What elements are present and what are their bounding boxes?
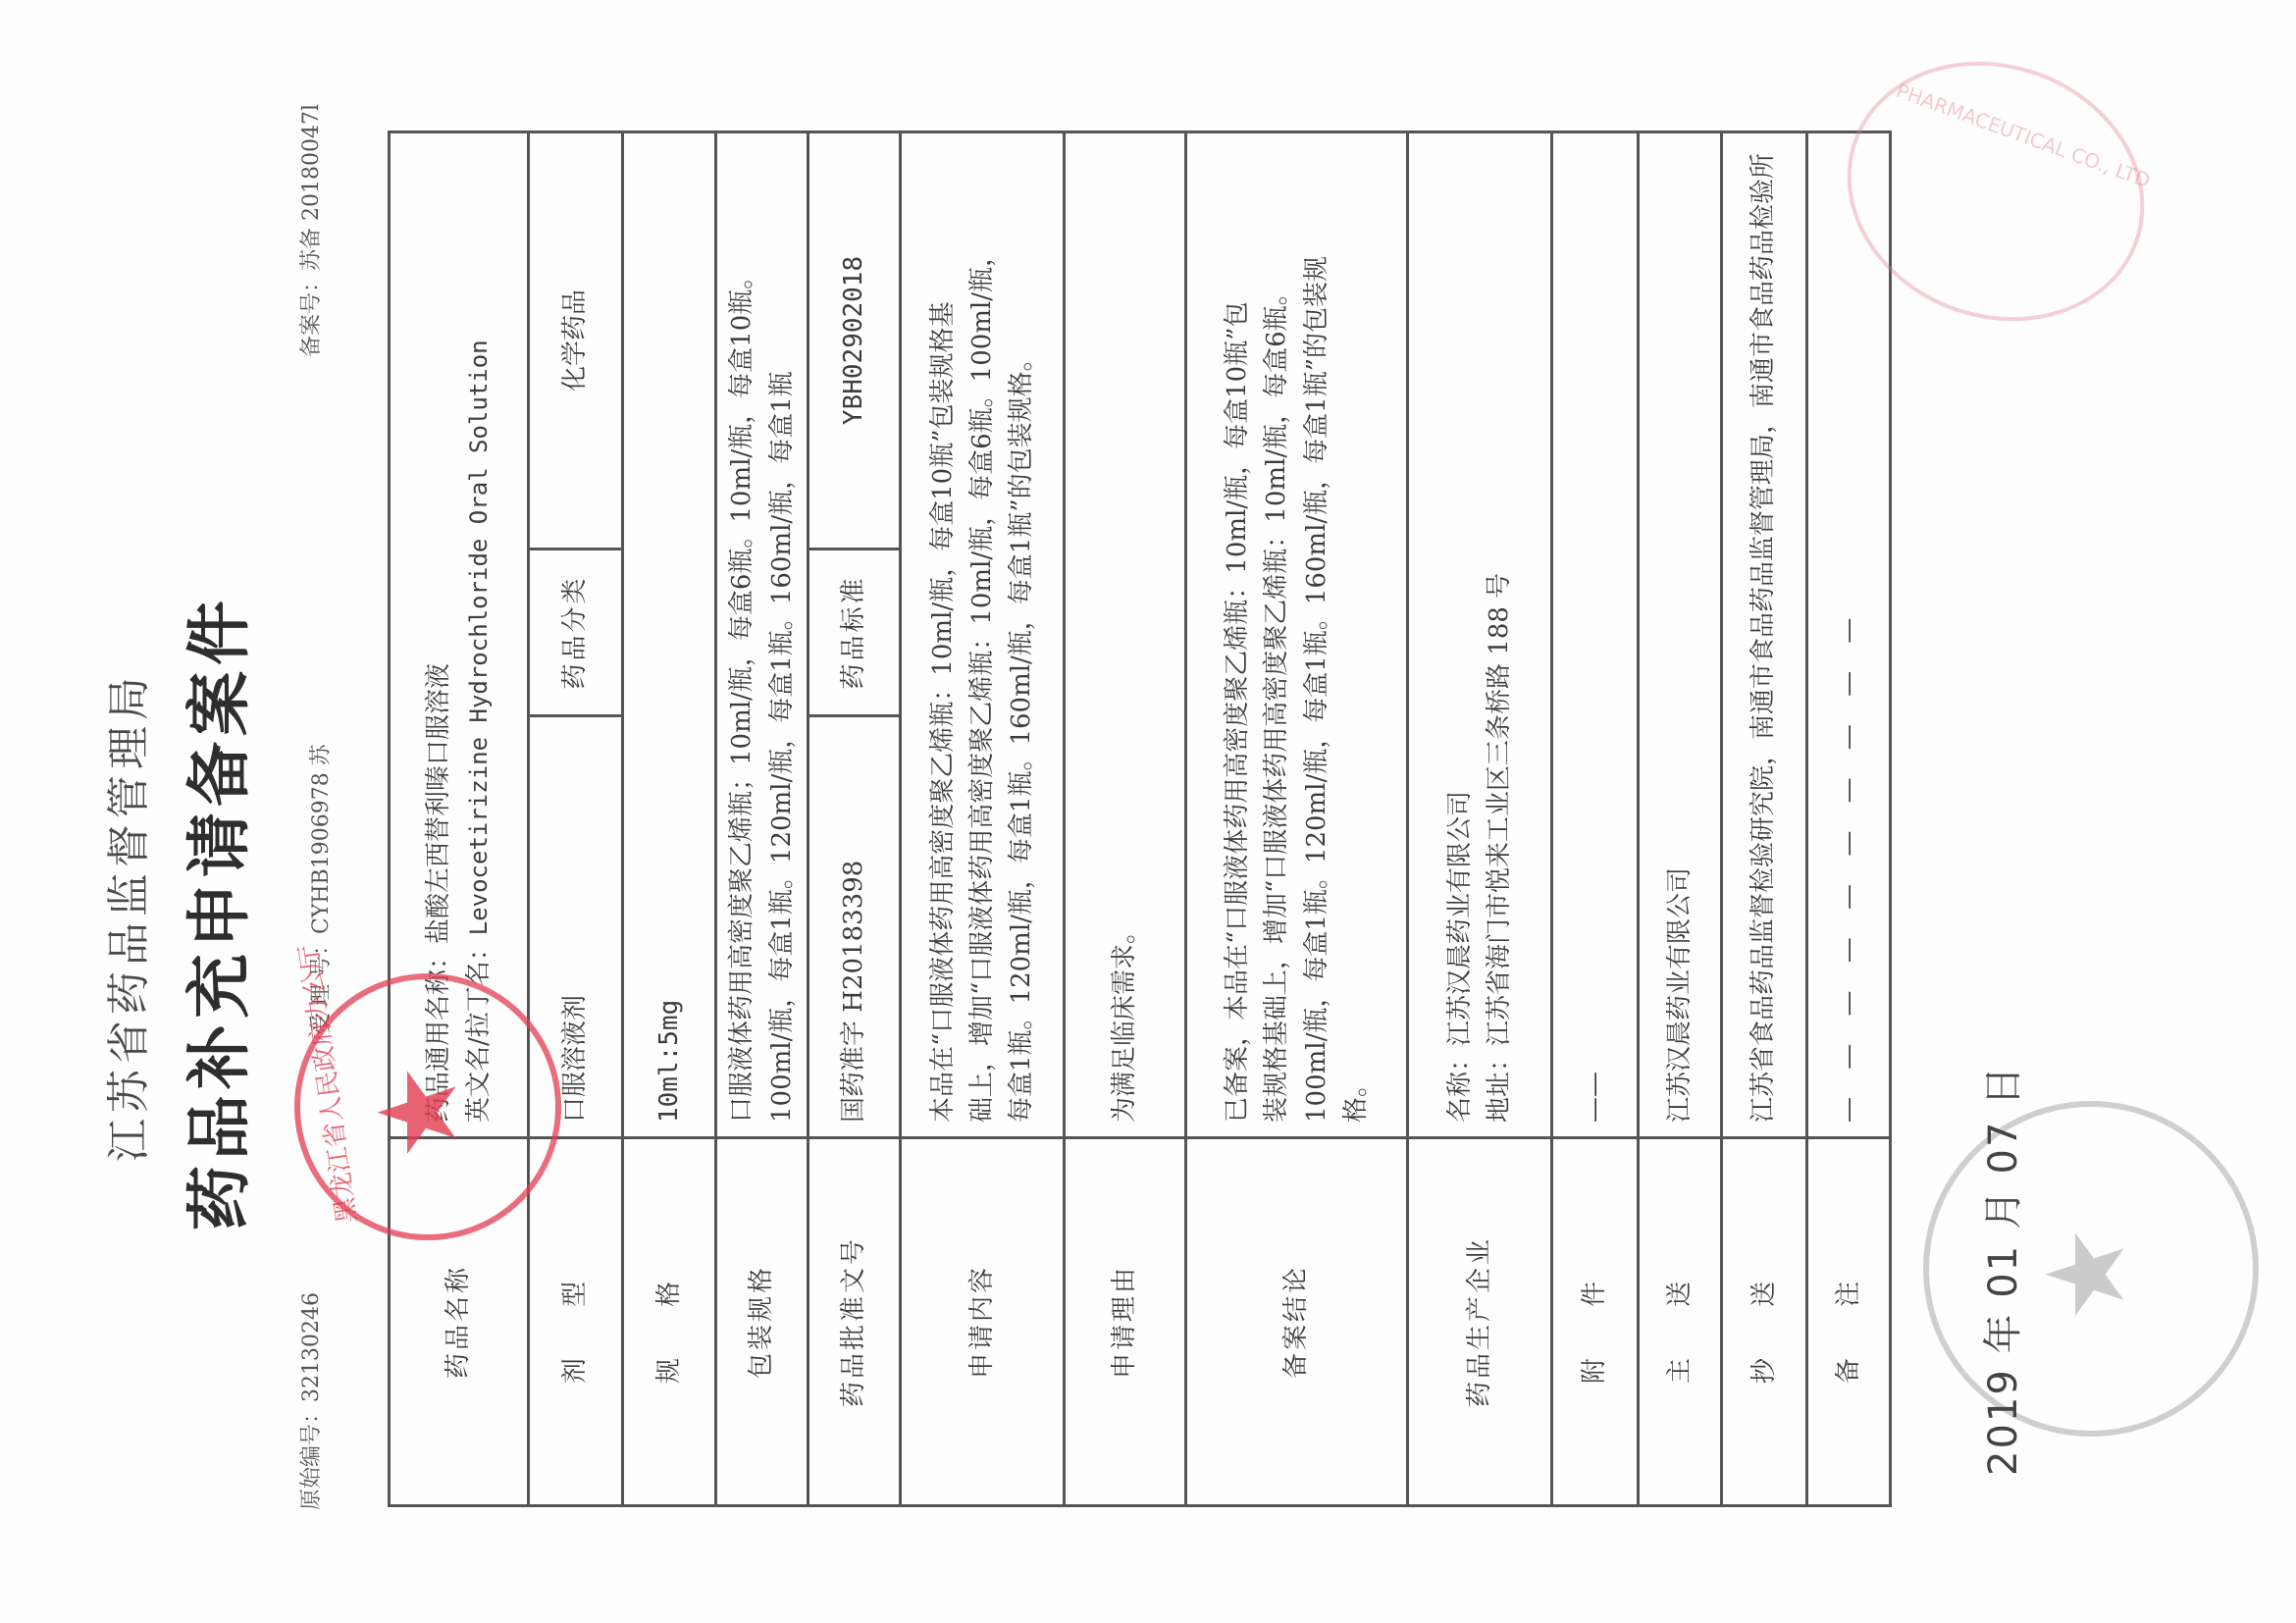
english-name: Levocetirizine Hydrochloride Oral Soluti… [465,340,493,935]
filing-form-table: 药品名称 药品通用名称：盐酸左西替利嗪口服溶液 英文名/拉丁名：Levoceti… [388,131,1892,1507]
send-to-value: 江苏汉晨药业有限公司 [1639,131,1722,1137]
original-number: 原始编号：32130246 [294,1292,325,1510]
acceptance-number: 受 理 号：CYHB1906978 苏 [304,744,335,1034]
row-filing-conclusion: 备案结论 已备案，本品在“口服液体药用高密度聚乙烯瓶：10ml/瓶，每盒10瓶”… [1186,131,1408,1505]
label-remarks: 备 注 [1807,1138,1891,1506]
application-content-value: 本品在“口服液体药用高密度聚乙烯瓶：10ml/瓶，每盒10瓶”包装规格基 础上，… [901,131,1065,1137]
label-drug-category: 药品分类 [529,550,623,716]
packaging-value: 口服液体药用高密度聚乙烯瓶；10ml/瓶，每盒6瓶。10ml/瓶，每盒10瓶。 … [716,131,809,1137]
label-send-to: 主 送 [1639,1138,1722,1506]
filing-conclusion-value: 已备案，本品在“口服液体药用高密度聚乙烯瓶：10ml/瓶，每盒10瓶”包 装规格… [1186,131,1408,1137]
label-manufacturer: 药品生产企业 [1408,1138,1552,1506]
document-title: 药品补充申请备案件 [167,595,260,1230]
label-drug-standard: 药品标准 [809,550,901,716]
seal-star-icon: ★ [2032,1226,2140,1323]
strength-value: 10ml:5mg [623,131,716,1137]
document-page: 江苏省药品监督管理局 药品补充申请备案件 原始编号：32130246 受 理 号… [0,0,2296,1623]
row-drug-name: 药品名称 药品通用名称：盐酸左西替利嗪口服溶液 英文名/拉丁名：Levoceti… [390,131,529,1505]
label-application-reason: 申请理由 [1065,1138,1186,1506]
row-approval-number: 药品批准文号 国药准字 H20183398 药品标准 YBH02902018 [809,131,901,1505]
label-approval-number: 药品批准文号 [809,1138,901,1506]
label-filing-conclusion: 备案结论 [1186,1138,1408,1506]
row-remarks: 备 注 — — — — — — — — — — [1807,131,1891,1505]
label-copy-to: 抄 送 [1722,1138,1807,1506]
generic-name: 盐酸左西替利嗪口服溶液 [424,663,453,944]
label-dosage-form: 剂 型 [529,1138,623,1506]
drug-standard-value: YBH02902018 [809,131,901,549]
application-reason-value: 为满足临床需求。 [1065,131,1186,1137]
label-drug-name: 药品名称 [390,1138,529,1506]
row-manufacturer: 药品生产企业 名称：江苏汉晨药业有限公司 地址：江苏省海门市悦来工业区三条桥路 … [1408,131,1552,1505]
filing-number: 备案号：苏备 20180047l [294,104,325,357]
dosage-form-value: 口服溶液剂 [529,716,623,1138]
remarks-value: — — — — — — — — — — [1807,131,1891,1137]
label-application-content: 申请内容 [901,1138,1065,1506]
row-application-reason: 申请理由 为满足临床需求。 [1065,131,1186,1505]
approval-number-value: 国药准字 H20183398 [809,716,901,1138]
label-attachment: 附 件 [1552,1138,1639,1506]
drug-name-cell: 药品通用名称：盐酸左西替利嗪口服溶液 英文名/拉丁名：Levocetirizin… [390,131,529,1137]
issuing-authority: 江苏省药品监督管理局 [93,671,156,1162]
manufacturer-address: 江苏省海门市悦来工业区三条桥路 188 号 [1485,573,1514,1046]
row-attachment: 附 件 —— [1552,131,1639,1505]
copy-to-value: 江苏省食品药品监督检验研究院，南通市食品药品监督管理局，南通市食品药品检验所 [1722,131,1807,1137]
manufacturer-value: 名称：江苏汉晨药业有限公司 地址：江苏省海门市悦来工业区三条桥路 188 号 [1408,131,1552,1137]
filing-date: 2019 年 01 月 07 日 [1972,1065,2028,1476]
row-packaging: 包装规格 口服液体药用高密度聚乙烯瓶；10ml/瓶，每盒6瓶。10ml/瓶，每盒… [716,131,809,1505]
row-copy-to: 抄 送 江苏省食品药品监督检验研究院，南通市食品药品监督管理局，南通市食品药品检… [1722,131,1807,1505]
row-dosage-form: 剂 型 口服溶液剂 药品分类 化学药品 [529,131,623,1505]
attachment-value: —— [1552,131,1639,1137]
row-strength: 规 格 10ml:5mg [623,131,716,1505]
manufacturer-name: 江苏汉晨药业有限公司 [1445,791,1475,1046]
row-send-to: 主 送 江苏汉晨药业有限公司 [1639,131,1722,1505]
drug-category-value: 化学药品 [529,131,623,549]
row-application-content: 申请内容 本品在“口服液体药用高密度聚乙烯瓶：10ml/瓶，每盒10瓶”包装规格… [901,131,1065,1505]
label-strength: 规 格 [623,1138,716,1506]
label-packaging: 包装规格 [716,1138,809,1506]
